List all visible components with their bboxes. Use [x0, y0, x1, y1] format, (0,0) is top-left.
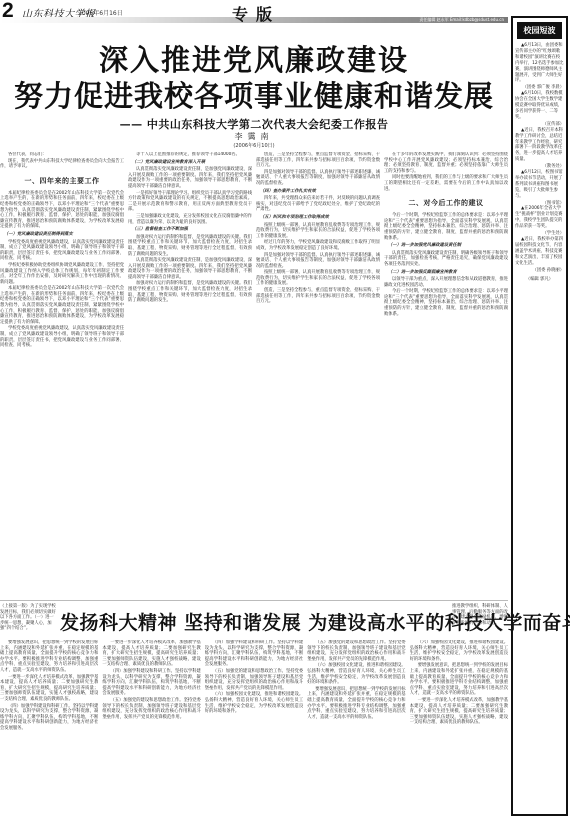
paragraph: （四）加强学科建设和科研工作。坚持以学科建设为龙头，以科学研究为支撑，整合学科资… [205, 640, 303, 668]
article-subtitle: —— 中共山东科技大学第二次代表大会纪委工作报告 [0, 116, 508, 132]
paragraph: 现在，我代表中共山东科技大学纪律检查委员会向大会报告工作，请予审议。 [0, 159, 124, 170]
paragraph: （五）加强党的建设和思想政治工作。坚持党委领导下的校长负责制，加强领导班子建设和… [307, 640, 405, 662]
paragraph: 等十人以上范围推荐的规定，推荐领导干部14000名。 [128, 152, 252, 158]
masthead: 2 山东科技大学报 2006年6月16日 专版 责任编辑 赵永军 Email:k… [0, 0, 508, 24]
sidebar-editor: （编辑 郭凡） [515, 277, 564, 283]
subsection-heading: （三）监督检查工作不断加强 [128, 227, 252, 233]
paragraph: 学校党委高度重视党风廉政建设，认真落实党风廉政建设责任制，成立了党风廉政建设领导… [0, 240, 124, 262]
sidebar-news-list: ▲6月13日，由团委和宣传部主办的“红烛颂歌 和谐校园”演讲比赛在校内举行，12… [515, 43, 564, 283]
paragraph: （五）加强党的建设和思想政治工作。坚持党委领导下的校长负责制，加强领导班子建设和… [102, 698, 200, 720]
article2-headline: 发扬科大精神 坚持和谐发展 为建设高水平的科技大学而奋斗 [60, 610, 450, 636]
paragraph: 三是加强廉政文化建设，充分发挥校园文化在反腐倡廉中的作用，营造以廉为荣、以贪为耻… [128, 214, 252, 225]
paragraph: 加强对权力运行的制约和监督，是党风廉政建设的关键。我们围绕学校重点工作和关键环节… [128, 235, 252, 257]
news-item: ▲在2006年全省大学生“挑战杯”创业计划竞赛中，我校学生团队提交的作品荣获一等… [515, 206, 564, 230]
article2-column-1: 要增强发展意识，把思想统一到学校的发展目标上来，内涵建设和外延扩张并重，在稳定规… [0, 640, 98, 820]
section-label: 专版 [232, 2, 280, 25]
article-column-1: 各位代表，同志们： 现在，我代表中共山东科技大学纪律检查委员会向大会报告工作，请… [0, 152, 124, 590]
article-body: 各位代表，同志们： 现在，我代表中共山东科技大学纪律检查委员会向大会报告工作，请… [0, 152, 508, 590]
main-headline-line-2: 努力促进我校各项事业健康和谐发展 [0, 80, 508, 112]
paragraph: 同时也要清醒地看到，我们的工作与上级的要求和广大师生员工的期望相比还有一定差距，… [384, 175, 508, 192]
news-item: ▲6月10日，我校数模协会在全国大学生数学建模竞赛中取得优异成绩，多名同学获得一… [515, 91, 564, 121]
subsection-heading: （四）查办案件工作扎实有效 [256, 189, 380, 195]
paragraph: （五）加强党的建设和思想政治工作。坚持党委领导下的校长负责制，加强领导班子建设和… [205, 669, 303, 691]
paragraph: 要增强发展意识，把思想统一到学校的发展目标上来，内涵建设和外延扩张并重，在稳定规… [0, 640, 98, 674]
paragraph: 认真贯彻落实党风廉政建设责任制，明确各级领导班子和领导干部的责任，加强检查考核，… [384, 251, 508, 268]
paragraph: 四年来，共受理群众来信来访若干件，对反映的问题认真调查核实，对违纪党员干部给予了… [256, 196, 380, 213]
paragraph: 四是加强对领导干部的监督。认真执行领导干部述职述廉、诫勉谈话、个人重大事项报告等… [256, 170, 380, 187]
subsection-heading: （五）纠风和专项治理工作取得成效 [256, 215, 380, 221]
paragraph: 一要进一步深化人才培养模式改革，加强教学基本建设，提高人才培养质量；二要加强研究… [0, 675, 98, 703]
paragraph: 一要进一步深化人才培养模式改革，加强教学基本建设，提高人才培养质量；二要加强研究… [102, 640, 200, 668]
paragraph: （四）加强学科建设和科研工作。坚持以学科建设为龙头，以科学研究为支撑，整合学科资… [102, 669, 200, 697]
article2-body: 要增强发展意识，把思想统一到学校的发展目标上来，内涵建设和外延扩张并重，在稳定规… [0, 640, 508, 820]
paragraph: 在十多年的改革发展实践中，我们深刻认识到：必须坚持围绕学校中心工作开展党风廉政建… [384, 152, 508, 174]
publication-date: 2006年6月16日 [78, 8, 123, 17]
paragraph: 以领导干部为重点，深入开展理想信念和从政道德教育，推进廉政文化进校园活动。 [384, 277, 508, 288]
paragraph: （四）加强学科建设和科研工作。坚持以学科建设为龙头，以科学研究为支撑，整合学科资… [0, 704, 98, 732]
paragraph: 要增强发展意识，把思想统一到学校的发展目标上来，内涵建设和外延扩张并重，在稳定规… [307, 687, 405, 721]
article2-column-2: 一要进一步深化人才培养模式改革，加强教学基本建设，提高人才培养质量；二要加强研究… [102, 640, 200, 820]
paragraph: 今后一个时期，学校纪检监察工作的总体要求是：以邓小平理论和“三个代表”重要思想为… [384, 213, 508, 241]
article2-left-intro: （上接第一版）为了实现学校发展目标，我们必须切实做好以下各方面工作。（一）进一步… [0, 604, 56, 632]
paragraph: （六）加强校园文化建设，推进和谐校园建设。弘扬科大精神，营造良好育人环境，关心师… [410, 640, 508, 662]
paragraph: 四是加强对领导干部的监督。认真执行领导干部述职述廉、诫勉谈话、个人重大事项报告等… [256, 253, 380, 270]
section-heading: 二、对今后工作的建议 [384, 198, 508, 208]
paragraph: 学校党委高度重视党风廉政建设，认真落实党风廉政建设责任制，成立了党风廉政建设领导… [0, 326, 124, 348]
report-date: (2006年6月10日) [0, 142, 508, 149]
section-heading: 一、四年来的主要工作 [0, 176, 124, 186]
article2-column-5: （六）加强校园文化建设，推进和谐校园建设。弘扬科大精神，营造良好育人环境，关心师… [410, 640, 508, 820]
paragraph: 经过几年的努力，学校党风廉政建设和反腐败工作取得了明显成效，为学校改革发展稳定创… [256, 240, 380, 251]
paragraph: 今后一个时期，学校纪检监察工作的总体要求是：以邓小平理论和“三个代表”重要思想为… [384, 289, 508, 317]
article-column-3: 创造，三是坚持全程参与，重点监督专项资金、招标采购、干部选拔任用等工作，四年来共… [256, 152, 380, 590]
news-item: ▲6月12日，校图书馆举办读书节活动，开展了系列读书讲座和图书展览，吸引了大批师… [515, 170, 564, 200]
paragraph: 一是抓好领导干部理论学习。组织党员干部认真学习党的路线方针政策和党风廉政建设的有… [128, 191, 252, 213]
news-item: ▲6月13日，由团委和宣传部主办的“红烛颂歌 和谐校园”演讲比赛在校内举行，12… [515, 43, 564, 84]
paragraph: 一要进一步深化人才培养模式改革，加强教学基本建设，提高人才培养质量；二要加强研究… [410, 698, 508, 726]
news-item: ▲近日，我校召开本科教学工作研讨会，总结近年来教学工作经验，研究部署下一阶段教学… [515, 128, 564, 163]
campus-news-sidebar: 校园短波 ▲6月13日，由团委和宣传部主办的“红烛颂歌 和谐校园”演讲比赛在校内… [511, 16, 568, 816]
paragraph: 本届纪律检查委员会是在2002年山东科技大学第一次党代会上选举产生的，在新的形势… [0, 191, 124, 230]
article2-column-4: （五）加强党的建设和思想政治工作。坚持党委领导下的校长负责制，加强领导班子建设和… [307, 640, 405, 820]
paragraph: 认真贯彻落实党风廉政建设责任制，是加强党风廉政建设、深入开展反腐败工作的一项重要… [128, 167, 252, 189]
paragraph: 学校纪委积极协助党委组织协调党风廉政建设工作，坚持把党风廉政建设工作纳入学校总体… [0, 263, 124, 285]
subsection-heading: （一）进一步加强党风廉政建设责任制 [384, 243, 508, 249]
paragraph: 创造，三是坚持全程参与，重点监督专项资金、招标采购、干部选拔任用等工作，四年来共… [256, 152, 380, 169]
subsection-heading: （一）党风廉政建设责任制得到落实 [0, 232, 124, 238]
article-divider [0, 600, 508, 601]
paragraph: 加强对权力运行的制约和监督，是党风廉政建设的关键。我们围绕学校重点工作和关键环节… [128, 281, 252, 303]
paragraph: 本届纪律检查委员会是在2002年山东科技大学第一次党代会上选举产生的，在新的形势… [0, 286, 124, 325]
article2-column-3: （四）加强学科建设和科研工作。坚持以学科建设为龙头，以科学研究为支撑，整合学科资… [205, 640, 303, 820]
editor-email-line: 责任编辑 赵永军 Email:kdbzb@sdust.edu.cn [419, 17, 504, 23]
article-column-4: 在十多年的改革发展实践中，我们深刻认识到：必须坚持围绕学校中心工作开展党风廉政建… [384, 152, 508, 590]
news-source: （团委 孙晓丽） [515, 268, 564, 274]
subsection-heading: （二）进一步加强反腐倡廉宣传教育 [384, 270, 508, 276]
paragraph: 按照上级统一部署，认真开展教育乱收费等专项治理工作，规范收费行为，切实维护学生和… [256, 223, 380, 240]
paragraph: 创造，三是坚持全程参与，重点监督专项资金、招标采购、干部选拔任用等工作，四年来共… [256, 288, 380, 305]
paragraph: 按照上级统一部署，认真开展教育乱收费等专项治理工作，规范收费行为，切实维护学生和… [256, 270, 380, 287]
article-author: 李霭南 [0, 131, 508, 142]
main-headline-line-1: 深入推进党风廉政建设 [0, 44, 508, 76]
article-column-2: 等十人以上范围推荐的规定，推荐领导干部14000名。 （二）党风廉政建设宣传教育… [128, 152, 252, 590]
sidebar-title: 校园短波 [517, 22, 562, 39]
paragraph: 认真贯彻落实党风廉政建设责任制，是加强党风廉政建设、深入开展反腐败工作的一项重要… [128, 258, 252, 280]
article2-right-intro: 推进教学组织、科研体制、人事管理、后勤服务等方面的改革，建立健全激励机制，增强学… [452, 604, 508, 626]
paragraph: 各位代表，同志们： [0, 152, 124, 158]
news-item: ▲近日，我校举办第四届校园科技文化节，内容涵盖学术讲座、科技竞赛和文艺演出，丰富… [515, 237, 564, 267]
subsection-heading: （二）党风廉政建设宣传教育深入开展 [128, 160, 252, 166]
paragraph: 要增强发展意识，把思想统一到学校的发展目标上来，内涵建设和外延扩张并重，在稳定规… [410, 663, 508, 697]
paragraph: （六）加强校园文化建设，推进和谐校园建设。弘扬科大精神，营造良好育人环境，关心师… [205, 692, 303, 714]
paragraph: （六）加强校园文化建设，推进和谐校园建设。弘扬科大精神，营造良好育人环境，关心师… [307, 663, 405, 685]
